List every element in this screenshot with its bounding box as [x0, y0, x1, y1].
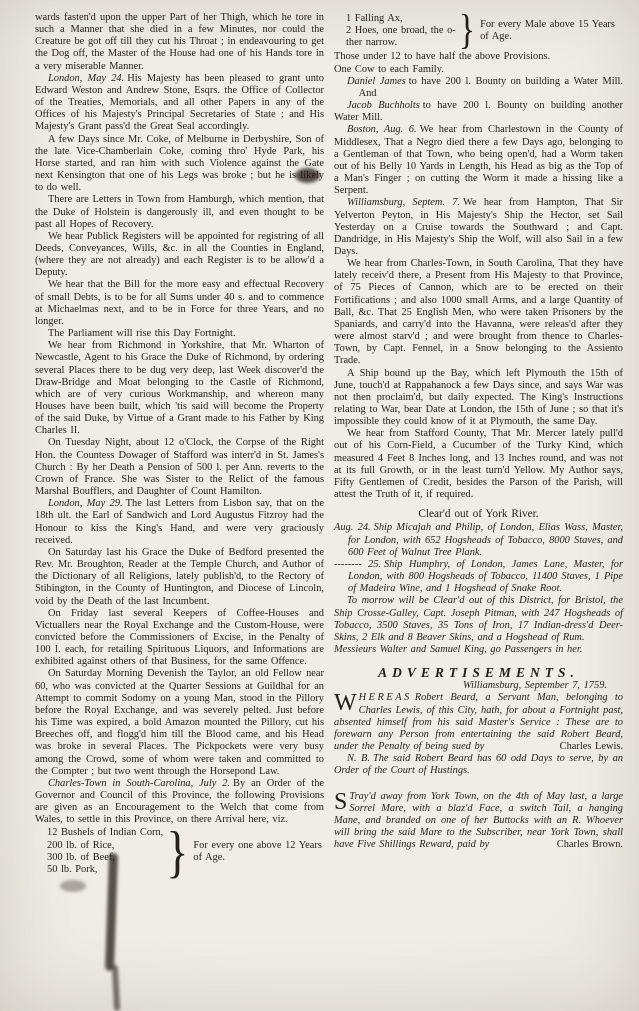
paragraph-text: A few Days since Mr. Coke, of Melburne i… [35, 134, 324, 194]
news-paragraph: A few Days since Mr. Coke, of Melburne i… [35, 134, 324, 195]
news-paragraph: We hear from Charles-Town, in South Caro… [334, 258, 623, 367]
ink-smudge [60, 880, 86, 892]
advertisement: WHEREASRobert Beard, a Servant Man, belo… [334, 692, 623, 753]
dateline-lead: Charles-Town in South-Carolina, July 2. [48, 778, 230, 789]
dateline-lead: London, May 24. [48, 73, 124, 84]
dateline-lead: Williamsburg, Septem. 7. [347, 197, 460, 208]
provision-item: 200 lb. of Rice, [47, 840, 163, 852]
dateline-lead: Jacob Buchholts [347, 100, 420, 111]
newspaper-page: wards fasten'd upon the upper Part of he… [0, 0, 639, 1011]
news-paragraph: London, May 24.His Majesty has been plea… [35, 73, 324, 134]
brace-glyph: } [459, 12, 475, 50]
paragraph-text: On Saturday Morning Devenish the Taylor,… [35, 668, 324, 776]
provision-item: 1 Falling Ax, [346, 13, 456, 25]
news-paragraph: We hear from Richmond in Yorkshire, that… [35, 340, 324, 437]
left-column: wards fasten'd upon the upper Part of he… [35, 12, 324, 878]
provision-list: 12 Bushels of Indian Corn,200 lb. of Ric… [35, 827, 324, 876]
news-paragraph: Messieurs Walter and Samuel King, go Pas… [334, 644, 623, 656]
provision-items: 1 Falling Ax,2 Hoes, one broad, the o- t… [334, 13, 456, 49]
paragraph-text: On Saturday last his Grace the Duke of B… [35, 547, 324, 607]
news-paragraph: One Cow to each Family. [334, 64, 623, 76]
lead-caps: HEREAS [359, 692, 412, 703]
dateline-lead: -------- 25. [334, 559, 381, 570]
signature: Charles Brown. [551, 839, 623, 851]
paragraph-text: There are Letters in Town from Hamburgh,… [35, 194, 324, 229]
paragraph-text: The Parliament will rise this Day Fortni… [48, 328, 236, 339]
news-paragraph: Aug. 24.Ship Micajah and Philip, of Lond… [334, 522, 623, 558]
paragraph-text: A Ship bound up the Bay, which left Plym… [334, 368, 623, 428]
paragraph-text: Ship Micajah and Philip, of London, Elia… [348, 522, 623, 557]
dateline-lead: London, May 29. [48, 498, 123, 509]
brace-glyph: } [166, 826, 188, 878]
ink-smudge [295, 168, 320, 183]
paragraph-text: We hear from Charles-Town, in South Caro… [334, 258, 623, 366]
paragraph-text: The said Robert Beard has 60 odd Days to… [334, 753, 623, 776]
news-paragraph: We hear Publick Registers will be appoin… [35, 231, 324, 280]
ink-smudge [112, 965, 120, 1011]
news-paragraph: The Parliament will rise this Day Fortni… [35, 328, 324, 340]
advertisements-heading: ADVERTISEMENTS. [334, 667, 623, 679]
dateline-lead: Daniel James [347, 76, 406, 87]
news-paragraph: A Ship bound up the Bay, which left Plym… [334, 368, 623, 429]
section-heading: Clear'd out of York River. [334, 508, 623, 520]
news-paragraph: On Saturday last his Grace the Duke of B… [35, 547, 324, 608]
paragraph-text: Ship Humphry, of London, James Lane, Mas… [348, 559, 623, 594]
paragraph-text: We hear from Richmond in Yorkshire, that… [35, 340, 324, 436]
news-paragraph: Daniel Jamesto have 200 l. Bounty on bui… [334, 76, 623, 100]
news-paragraph: Williamsburg, Septem. 7.We hear from Ham… [334, 197, 623, 258]
paragraph-text: One Cow to each Family. [334, 64, 444, 75]
right-column: 1 Falling Ax,2 Hoes, one broad, the o- t… [334, 12, 623, 851]
news-paragraph: Those under 12 to have half the above Pr… [334, 51, 623, 63]
news-paragraph: To morrow will be Clear'd out of this Di… [334, 595, 623, 644]
provision-item: 50 lb. Pork, [47, 864, 163, 876]
paragraph-text: On Friday last several Keepers of Coffee… [35, 608, 324, 668]
drop-cap: S [334, 791, 349, 813]
news-paragraph: London, May 29.The last Letters from Lis… [35, 498, 324, 547]
provision-item: 2 Hoes, one broad, the o- [346, 25, 456, 37]
paragraph-text: On Tuesday Night, about 12 o'Clock, the … [35, 437, 324, 497]
paragraph-text: We hear from Charlestown in the County o… [334, 124, 623, 196]
provision-note: For every one above 12 Years of Age. [193, 840, 324, 864]
paragraph-text: We hear from Stafford County, That Mr. M… [334, 428, 623, 500]
news-paragraph: N. B.The said Robert Beard has 60 odd Da… [334, 753, 623, 777]
news-paragraph: There are Letters in Town from Hamburgh,… [35, 194, 324, 230]
provision-items: 12 Bushels of Indian Corn,200 lb. of Ric… [35, 827, 163, 876]
news-paragraph: We hear that the Bill for the more easy … [35, 279, 324, 328]
paragraph-text: Messieurs Walter and Samuel King, go Pas… [334, 644, 582, 655]
paragraph-text: We hear that the Bill for the more easy … [35, 279, 324, 326]
paragraph-text: Those under 12 to have half the above Pr… [334, 51, 550, 62]
news-paragraph: On Tuesday Night, about 12 o'Clock, the … [35, 437, 324, 498]
provision-list: 1 Falling Ax,2 Hoes, one broad, the o- t… [334, 13, 623, 49]
advertisement: STray'd away from York Town, on the 4th … [334, 791, 623, 852]
news-paragraph: -------- 25.Ship Humphry, of London, Jam… [334, 559, 623, 595]
dateline-lead: Aug. 24. [334, 522, 371, 533]
provision-item: 12 Bushels of Indian Corn, [47, 827, 163, 839]
drop-cap: W [334, 692, 359, 714]
paragraph-text: wards fasten'd upon the upper Part of he… [35, 12, 324, 72]
signature: Charles Lewis. [554, 741, 623, 753]
news-paragraph: Jacob Buchholtsto have 200 l. Bounty on … [334, 100, 623, 124]
provision-item: 300 lb. of Beef, [47, 852, 163, 864]
dateline-lead: N. B. [347, 753, 370, 764]
paragraph-text: We hear Publick Registers will be appoin… [35, 231, 324, 278]
provision-note: For every Male above 15 Years of Age. [480, 19, 623, 43]
news-paragraph: On Saturday Morning Devenish the Taylor,… [35, 668, 324, 777]
news-paragraph: On Friday last several Keepers of Coffee… [35, 608, 324, 669]
dateline: Williamsburg, September 7, 1759. [334, 680, 623, 692]
news-paragraph: Boston, Aug. 6.We hear from Charlestown … [334, 124, 623, 197]
news-paragraph: We hear from Stafford County, That Mr. M… [334, 428, 623, 501]
provision-item: ther narrow. [346, 37, 456, 49]
paragraph-text: To morrow will be Clear'd out of this Di… [334, 595, 623, 642]
news-paragraph: wards fasten'd upon the upper Part of he… [35, 12, 324, 73]
dateline-lead: Boston, Aug. 6. [347, 124, 417, 135]
